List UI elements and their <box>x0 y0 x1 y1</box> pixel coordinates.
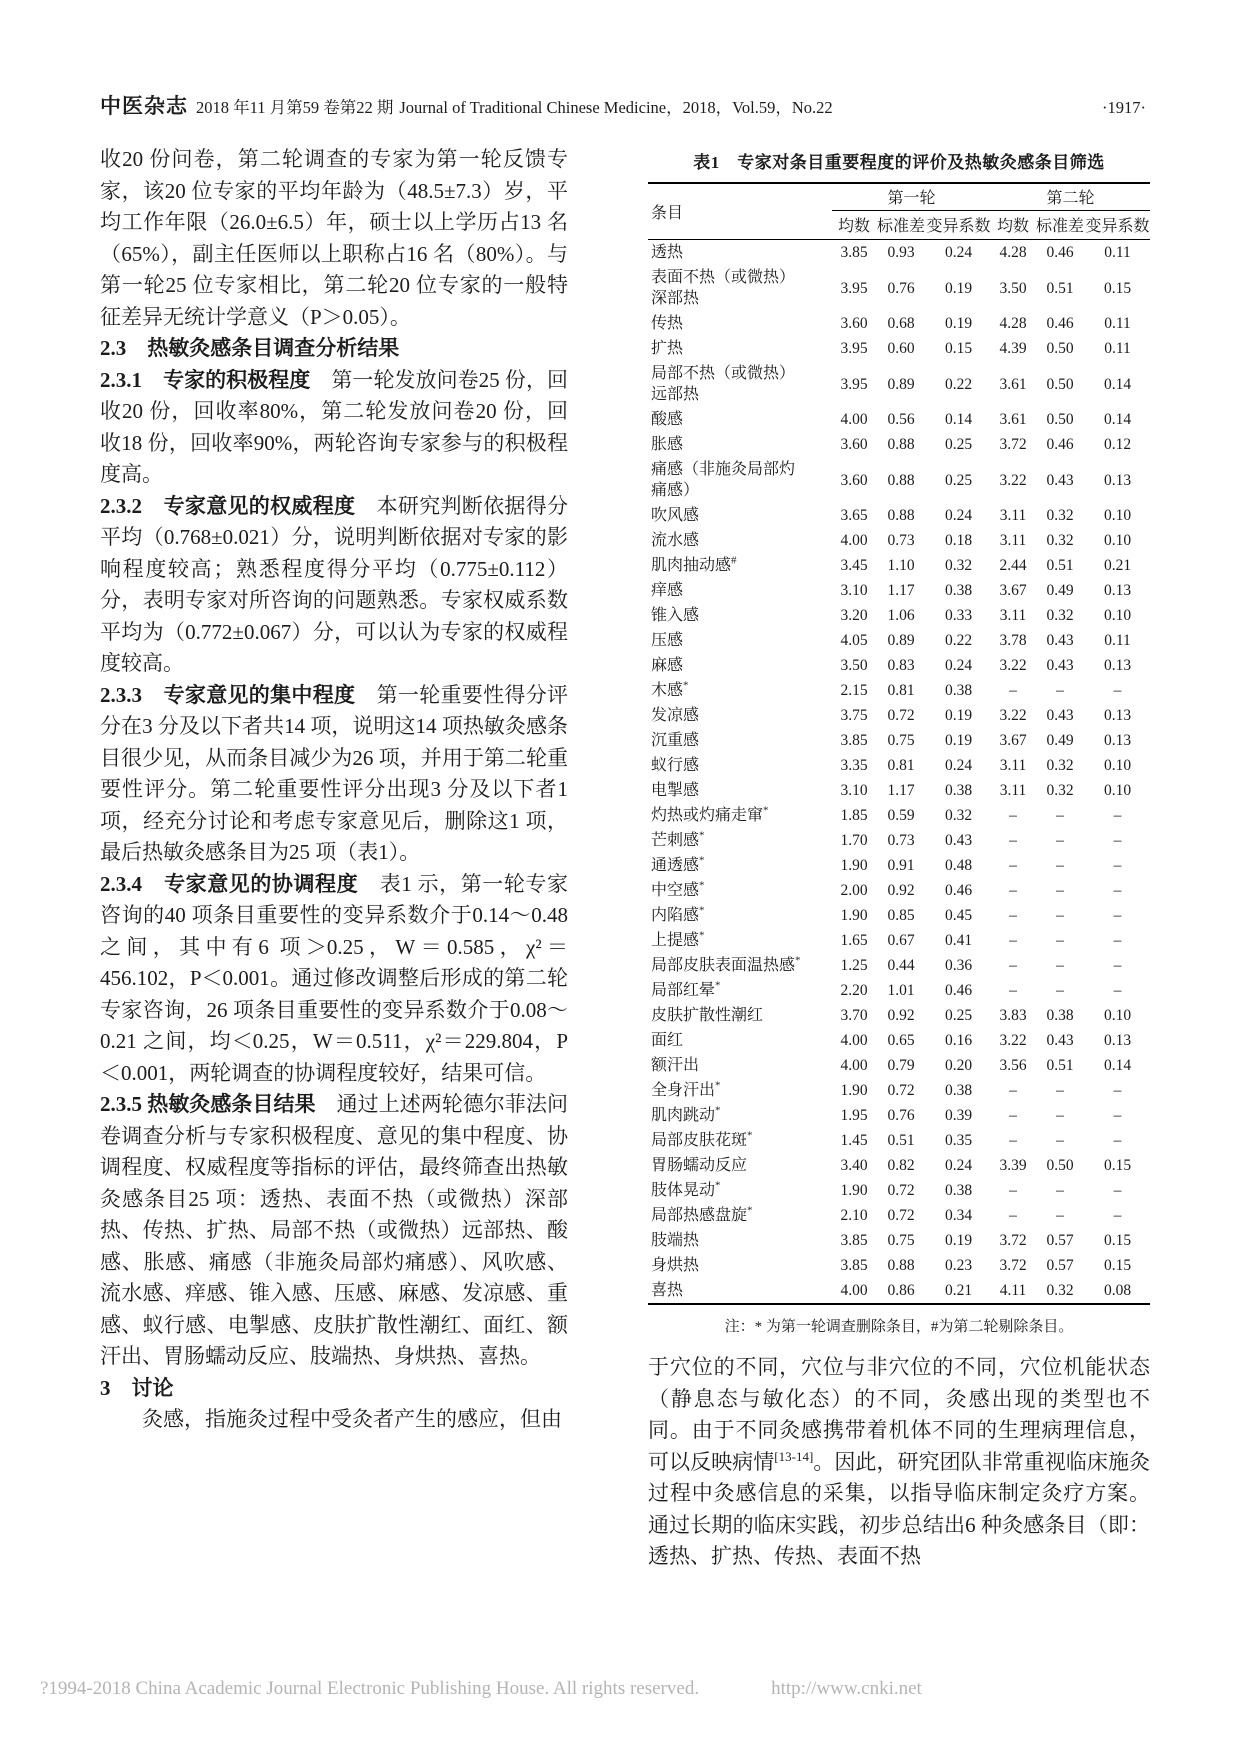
item-name-cell: 表面不热（或微热） 深部热 <box>648 265 832 311</box>
value-cell: – <box>991 1078 1035 1103</box>
value-cell: 0.13 <box>1085 703 1150 728</box>
value-cell: 3.10 <box>832 578 876 603</box>
value-cell: 3.22 <box>991 703 1035 728</box>
value-cell: – <box>991 903 1035 928</box>
value-cell: 0.65 <box>876 1028 926 1053</box>
value-cell: 0.51 <box>1035 553 1085 578</box>
value-cell: – <box>1085 828 1150 853</box>
value-cell: 4.00 <box>832 528 876 553</box>
value-cell: 0.38 <box>1035 1003 1085 1028</box>
item-name-cell: 胃肠蠕动反应 <box>648 1153 832 1178</box>
value-cell: 0.43 <box>1035 703 1085 728</box>
item-marker: * <box>699 930 705 942</box>
table-row: 肢端热3.850.750.193.720.570.15 <box>648 1228 1150 1253</box>
value-cell: 0.15 <box>1085 1153 1150 1178</box>
value-cell: 0.22 <box>926 361 991 407</box>
value-cell: 0.10 <box>1085 753 1150 778</box>
value-cell: 0.08 <box>1085 1278 1150 1304</box>
value-cell: 0.88 <box>876 503 926 528</box>
table-row: 局部红晕*2.201.010.46––– <box>648 978 1150 1003</box>
value-cell: 0.24 <box>926 1153 991 1178</box>
value-cell: 3.85 <box>832 240 876 266</box>
section-2-3-4-heading: 2.3.4 专家意见的协调程度 <box>100 872 358 896</box>
item-name-cell: 木感* <box>648 678 832 703</box>
value-cell: 0.38 <box>926 778 991 803</box>
value-cell: 0.85 <box>876 903 926 928</box>
table-row: 喜热4.000.860.214.110.320.08 <box>648 1278 1150 1304</box>
value-cell: 2.00 <box>832 878 876 903</box>
value-cell: 0.43 <box>1035 457 1085 503</box>
value-cell: 0.35 <box>926 1128 991 1153</box>
value-cell: 0.59 <box>876 803 926 828</box>
value-cell: 0.38 <box>926 1078 991 1103</box>
value-cell: 0.51 <box>1035 1053 1085 1078</box>
value-cell: 0.88 <box>876 432 926 457</box>
table-title: 表1 专家对条目重要程度的评价及热敏灸感条目筛选 <box>648 148 1150 173</box>
value-cell: 0.46 <box>926 878 991 903</box>
item-name-cell: 额汗出 <box>648 1053 832 1078</box>
table-row: 扩热3.950.600.154.390.500.11 <box>648 336 1150 361</box>
item-marker: * <box>699 855 705 867</box>
value-cell: 0.15 <box>926 336 991 361</box>
value-cell: 0.67 <box>876 928 926 953</box>
value-cell: 3.85 <box>832 1228 876 1253</box>
value-cell: 3.20 <box>832 603 876 628</box>
item-name-cell: 发凉感 <box>648 703 832 728</box>
value-cell: 0.45 <box>926 903 991 928</box>
item-name-cell: 透热 <box>648 240 832 266</box>
value-cell: – <box>1035 1078 1085 1103</box>
value-cell: 0.46 <box>926 978 991 1003</box>
discussion-paragraph: 灸感，指施灸过程中受灸者产生的感应，但由 <box>100 1404 568 1436</box>
value-cell: 0.46 <box>1035 432 1085 457</box>
value-cell: 1.90 <box>832 1078 876 1103</box>
value-cell: – <box>991 878 1035 903</box>
value-cell: 0.32 <box>1035 753 1085 778</box>
table-row: 吹风感3.650.880.243.110.320.10 <box>648 503 1150 528</box>
value-cell: 3.60 <box>832 432 876 457</box>
value-cell: – <box>1085 678 1150 703</box>
value-cell: 0.19 <box>926 311 991 336</box>
value-cell: 1.10 <box>876 553 926 578</box>
value-cell: – <box>1035 803 1085 828</box>
value-cell: – <box>991 1178 1035 1203</box>
section-2-3-3-paragraph: 2.3.3 专家意见的集中程度 第一轮重要性得分评分在3 分及以下者共14 项，… <box>100 680 568 869</box>
table-row: 表面不热（或微热） 深部热3.950.760.193.500.510.15 <box>648 265 1150 311</box>
value-cell: 2.44 <box>991 553 1035 578</box>
value-cell: – <box>1035 1203 1085 1228</box>
value-cell: 0.34 <box>926 1203 991 1228</box>
item-name-cell: 中空感* <box>648 878 832 903</box>
value-cell: – <box>1085 953 1150 978</box>
value-cell: 3.50 <box>991 265 1035 311</box>
item-name-cell: 沉重感 <box>648 728 832 753</box>
table-row: 痒感3.101.170.383.670.490.13 <box>648 578 1150 603</box>
value-cell: – <box>1085 878 1150 903</box>
table-row: 电掣感3.101.170.383.110.320.10 <box>648 778 1150 803</box>
value-cell: 1.17 <box>876 778 926 803</box>
footnote-ref: [13-14] <box>774 1449 813 1464</box>
value-cell: 4.28 <box>991 240 1035 266</box>
table-row: 透热3.850.930.244.280.460.11 <box>648 240 1150 266</box>
table-row: 芒刺感*1.700.730.43––– <box>648 828 1150 853</box>
section-2-3-5-text: 通过上述两轮德尔菲法问卷调查分析与专家积极程度、意见的集中程度、协调程度、权威程… <box>100 1092 568 1368</box>
value-cell: 4.11 <box>991 1278 1035 1304</box>
value-cell: 0.25 <box>926 457 991 503</box>
value-cell: – <box>1035 903 1085 928</box>
value-cell: – <box>1035 1178 1085 1203</box>
value-cell: 0.19 <box>926 728 991 753</box>
issue-info: 2018 年11 月第59 卷第22 期 <box>196 98 393 117</box>
table-row: 痛感（非施灸局部灼 痛感）3.600.880.253.220.430.13 <box>648 457 1150 503</box>
value-cell: 0.76 <box>876 1103 926 1128</box>
item-name-cell: 芒刺感* <box>648 828 832 853</box>
value-cell: 0.21 <box>1085 553 1150 578</box>
item-name-cell: 麻感 <box>648 653 832 678</box>
table-header: 条目 第一轮 第二轮 均数 标准差 变异系数 均数 标准差 变异系数 <box>648 183 1150 240</box>
value-cell: 0.15 <box>1085 1228 1150 1253</box>
value-cell: – <box>1085 803 1150 828</box>
value-cell: – <box>991 828 1035 853</box>
table-row: 流水感4.000.730.183.110.320.10 <box>648 528 1150 553</box>
item-marker: * <box>699 830 705 842</box>
value-cell: 4.00 <box>832 1278 876 1304</box>
value-cell: 0.89 <box>876 628 926 653</box>
value-cell: 0.72 <box>876 1078 926 1103</box>
value-cell: 0.72 <box>876 1203 926 1228</box>
value-cell: 0.75 <box>876 728 926 753</box>
table-row: 木感*2.150.810.38––– <box>648 678 1150 703</box>
value-cell: 0.24 <box>926 503 991 528</box>
item-name-cell: 局部皮肤表面温热感* <box>648 953 832 978</box>
value-cell: 1.90 <box>832 1178 876 1203</box>
item-name-cell: 肢端热 <box>648 1228 832 1253</box>
value-cell: 0.46 <box>1035 311 1085 336</box>
value-cell: – <box>1035 678 1085 703</box>
table-row: 肌肉抽动感#3.451.100.322.440.510.21 <box>648 553 1150 578</box>
table-row: 灼热或灼痛走窜*1.850.590.32––– <box>648 803 1150 828</box>
value-cell: 0.25 <box>926 1003 991 1028</box>
value-cell: 2.10 <box>832 1203 876 1228</box>
value-cell: 0.19 <box>926 265 991 311</box>
table-row: 内陷感*1.900.850.45––– <box>648 903 1150 928</box>
value-cell: 0.23 <box>926 1253 991 1278</box>
value-cell: 4.00 <box>832 1053 876 1078</box>
value-cell: 1.85 <box>832 803 876 828</box>
table-row: 发凉感3.750.720.193.220.430.13 <box>648 703 1150 728</box>
table-body: 透热3.850.930.244.280.460.11表面不热（或微热） 深部热3… <box>648 240 1150 1305</box>
value-cell: 3.11 <box>991 778 1035 803</box>
value-cell: 0.14 <box>1085 1053 1150 1078</box>
section-2-3-3-heading: 2.3.3 专家意见的集中程度 <box>100 683 355 707</box>
value-cell: 0.88 <box>876 457 926 503</box>
value-cell: 3.39 <box>991 1153 1035 1178</box>
value-cell: – <box>991 1203 1035 1228</box>
table-subheader-mean-1: 均数 <box>832 211 876 240</box>
value-cell: 0.43 <box>1035 653 1085 678</box>
value-cell: – <box>1085 978 1150 1003</box>
table-row: 沉重感3.850.750.193.670.490.13 <box>648 728 1150 753</box>
item-marker: * <box>795 955 801 967</box>
value-cell: 3.22 <box>991 457 1035 503</box>
value-cell: 0.15 <box>1085 265 1150 311</box>
value-cell: 1.70 <box>832 828 876 853</box>
value-cell: 0.32 <box>1035 1278 1085 1304</box>
value-cell: – <box>1035 1128 1085 1153</box>
section-2-3-4-text: 表1 示，第一轮专家咨询的40 项条目重要性的变异系数介于0.14～0.48 之… <box>100 872 568 1085</box>
value-cell: 0.13 <box>1085 653 1150 678</box>
left-column: 收20 份问卷，第二轮调查的专家为第一轮反馈专家，该20 位专家的平均年龄为（4… <box>100 144 568 1436</box>
value-cell: – <box>1085 1103 1150 1128</box>
value-cell: 3.75 <box>832 703 876 728</box>
value-cell: 1.95 <box>832 1103 876 1128</box>
value-cell: 4.00 <box>832 1028 876 1053</box>
value-cell: – <box>991 853 1035 878</box>
table-subheader-mean-2: 均数 <box>991 211 1035 240</box>
item-name-cell: 上提感* <box>648 928 832 953</box>
value-cell: 0.44 <box>876 953 926 978</box>
cnki-url: http://www.cnki.net <box>771 1678 922 1700</box>
value-cell: 3.67 <box>991 578 1035 603</box>
value-cell: – <box>1085 1203 1150 1228</box>
value-cell: – <box>1035 1103 1085 1128</box>
item-name-cell: 局部皮肤花斑* <box>648 1128 832 1153</box>
value-cell: – <box>1085 853 1150 878</box>
table-row: 上提感*1.650.670.41––– <box>648 928 1150 953</box>
value-cell: 3.11 <box>991 528 1035 553</box>
value-cell: 0.13 <box>1085 1028 1150 1053</box>
table-row: 压感4.050.890.223.780.430.11 <box>648 628 1150 653</box>
value-cell: 4.00 <box>832 407 876 432</box>
value-cell: 0.92 <box>876 878 926 903</box>
value-cell: 3.72 <box>991 1228 1035 1253</box>
value-cell: 1.45 <box>832 1128 876 1153</box>
table-row: 胀感3.600.880.253.720.460.12 <box>648 432 1150 457</box>
journal-title-en: Journal of Traditional Chinese Medicine，… <box>399 98 832 117</box>
item-name-cell: 内陷感* <box>648 903 832 928</box>
value-cell: 0.56 <box>876 407 926 432</box>
item-name-cell: 压感 <box>648 628 832 653</box>
value-cell: – <box>991 803 1035 828</box>
item-name-cell: 灼热或灼痛走窜* <box>648 803 832 828</box>
item-name-cell: 酸感 <box>648 407 832 432</box>
value-cell: 3.11 <box>991 503 1035 528</box>
value-cell: 0.24 <box>926 240 991 266</box>
table-row: 锥入感3.201.060.333.110.320.10 <box>648 603 1150 628</box>
value-cell: 3.67 <box>991 728 1035 753</box>
value-cell: 3.95 <box>832 265 876 311</box>
value-cell: – <box>991 953 1035 978</box>
section-2-3-2-paragraph: 2.3.2 专家意见的权威程度 本研究判断依据得分平均（0.768±0.021）… <box>100 491 568 680</box>
value-cell: 3.45 <box>832 553 876 578</box>
item-name-cell: 局部红晕* <box>648 978 832 1003</box>
table-row: 皮肤扩散性潮红3.700.920.253.830.380.10 <box>648 1003 1150 1028</box>
value-cell: 0.33 <box>926 603 991 628</box>
value-cell: 0.19 <box>926 1228 991 1253</box>
value-cell: 3.61 <box>991 361 1035 407</box>
section-2-3-2-text: 本研究判断依据得分平均（0.768±0.021）分，说明判断依据对专家的影响程度… <box>100 494 568 676</box>
section-2-3-5-paragraph: 2.3.5 热敏灸感条目结果 通过上述两轮德尔菲法问卷调查分析与专家积极程度、意… <box>100 1089 568 1373</box>
section-2-3-heading: 2.3 热敏灸感条目调查分析结果 <box>100 333 568 365</box>
item-marker: * <box>763 805 769 817</box>
journal-page: 中医杂志2018 年11 月第59 卷第22 期Journal of Tradi… <box>0 0 1240 1754</box>
value-cell: 0.24 <box>926 753 991 778</box>
value-cell: 0.25 <box>926 432 991 457</box>
page-footer: ?1994-2018 China Academic Journal Electr… <box>40 1678 1150 1700</box>
value-cell: 3.61 <box>991 407 1035 432</box>
value-cell: 0.39 <box>926 1103 991 1128</box>
table-row: 局部皮肤花斑*1.450.510.35––– <box>648 1128 1150 1153</box>
page-number: ·1917· <box>1102 98 1146 118</box>
item-name-cell: 传热 <box>648 311 832 336</box>
value-cell: 0.20 <box>926 1053 991 1078</box>
value-cell: 3.60 <box>832 457 876 503</box>
value-cell: 0.14 <box>1085 407 1150 432</box>
value-cell: 0.50 <box>1035 361 1085 407</box>
value-cell: 2.20 <box>832 978 876 1003</box>
value-cell: 0.16 <box>926 1028 991 1053</box>
value-cell: 3.11 <box>991 753 1035 778</box>
value-cell: – <box>1085 928 1150 953</box>
section-2-3-4-paragraph: 2.3.4 专家意见的协调程度 表1 示，第一轮专家咨询的40 项条目重要性的变… <box>100 869 568 1090</box>
journal-title-cn: 中医杂志 <box>100 94 188 118</box>
value-cell: 4.05 <box>832 628 876 653</box>
value-cell: 0.12 <box>1085 432 1150 457</box>
item-marker: * <box>747 1130 753 1142</box>
value-cell: 0.81 <box>876 753 926 778</box>
item-marker: * <box>747 1205 753 1217</box>
item-name-cell: 面红 <box>648 1028 832 1053</box>
value-cell: 0.18 <box>926 528 991 553</box>
value-cell: 0.76 <box>876 265 926 311</box>
value-cell: – <box>1035 928 1085 953</box>
table-header-round2: 第二轮 <box>991 183 1150 211</box>
value-cell: 0.41 <box>926 928 991 953</box>
item-name-cell: 电掣感 <box>648 778 832 803</box>
value-cell: 3.56 <box>991 1053 1035 1078</box>
value-cell: – <box>991 978 1035 1003</box>
value-cell: – <box>991 1128 1035 1153</box>
value-cell: 0.51 <box>876 1128 926 1153</box>
value-cell: 3.35 <box>832 753 876 778</box>
page-header: 中医杂志2018 年11 月第59 卷第22 期Journal of Tradi… <box>100 90 1146 120</box>
value-cell: 0.72 <box>876 703 926 728</box>
table-row: 传热3.600.680.194.280.460.11 <box>648 311 1150 336</box>
value-cell: – <box>991 1103 1035 1128</box>
value-cell: 0.11 <box>1085 311 1150 336</box>
value-cell: – <box>1035 853 1085 878</box>
value-cell: 3.50 <box>832 653 876 678</box>
value-cell: 0.13 <box>1085 578 1150 603</box>
value-cell: 0.24 <box>926 653 991 678</box>
value-cell: – <box>1085 903 1150 928</box>
value-cell: 0.60 <box>876 336 926 361</box>
section-2-3-5-heading: 2.3.5 热敏灸感条目结果 <box>100 1092 316 1116</box>
value-cell: 0.15 <box>1085 1253 1150 1278</box>
table-subheader-cv-1: 变异系数 <box>926 211 991 240</box>
value-cell: 0.32 <box>1035 603 1085 628</box>
body-paragraph-right: 于穴位的不同，穴位与非穴位的不同，穴位机能状态（静息态与敏化态）的不同，灸感出现… <box>648 1352 1150 1573</box>
value-cell: 0.38 <box>926 578 991 603</box>
table-row: 局部不热（或微热） 远部热3.950.890.223.610.500.14 <box>648 361 1150 407</box>
value-cell: 3.65 <box>832 503 876 528</box>
value-cell: – <box>991 928 1035 953</box>
item-marker: * <box>715 980 721 992</box>
value-cell: 0.72 <box>876 1178 926 1203</box>
value-cell: 0.81 <box>876 678 926 703</box>
item-marker: * <box>699 905 705 917</box>
item-name-cell: 蚁行感 <box>648 753 832 778</box>
value-cell: 0.38 <box>926 1178 991 1203</box>
value-cell: 0.73 <box>876 528 926 553</box>
table-row: 身烘热3.850.880.233.720.570.15 <box>648 1253 1150 1278</box>
item-name-cell: 全身汗出* <box>648 1078 832 1103</box>
value-cell: 1.90 <box>832 903 876 928</box>
value-cell: 0.83 <box>876 653 926 678</box>
item-marker: * <box>715 1105 721 1117</box>
section-2-3-3-text: 第一轮重要性得分评分在3 分及以下者共14 项，说明这14 项热敏灸感条目很少见… <box>100 683 568 865</box>
value-cell: 0.32 <box>1035 503 1085 528</box>
value-cell: 0.49 <box>1035 728 1085 753</box>
value-cell: 0.10 <box>1085 528 1150 553</box>
item-marker: * <box>715 1080 721 1092</box>
value-cell: 0.43 <box>926 828 991 853</box>
table-subheader-sd-1: 标准差 <box>876 211 926 240</box>
table-row: 酸感4.000.560.143.610.500.14 <box>648 407 1150 432</box>
value-cell: 0.11 <box>1085 336 1150 361</box>
value-cell: 0.11 <box>1085 628 1150 653</box>
item-name-cell: 锥入感 <box>648 603 832 628</box>
item-marker: * <box>699 880 705 892</box>
value-cell: 1.17 <box>876 578 926 603</box>
table-subheader-cv-2: 变异系数 <box>1085 211 1150 240</box>
value-cell: 3.95 <box>832 361 876 407</box>
item-name-cell: 肌肉抽动感# <box>648 553 832 578</box>
value-cell: 0.32 <box>1035 778 1085 803</box>
copyright-text: ?1994-2018 China Academic Journal Electr… <box>40 1678 699 1700</box>
value-cell: 0.13 <box>1085 728 1150 753</box>
value-cell: – <box>1085 1128 1150 1153</box>
value-cell: 3.95 <box>832 336 876 361</box>
item-marker: * <box>683 680 689 692</box>
value-cell: 0.10 <box>1085 503 1150 528</box>
item-marker: * <box>715 1180 721 1192</box>
value-cell: 3.22 <box>991 1028 1035 1053</box>
table-row: 肌肉跳动*1.950.760.39––– <box>648 1103 1150 1128</box>
section-3-heading: 3 讨论 <box>100 1373 568 1405</box>
value-cell: 1.25 <box>832 953 876 978</box>
value-cell: 0.57 <box>1035 1228 1085 1253</box>
value-cell: 1.65 <box>832 928 876 953</box>
value-cell: 3.72 <box>991 432 1035 457</box>
value-cell: 0.75 <box>876 1228 926 1253</box>
value-cell: 0.93 <box>876 240 926 266</box>
value-cell: 0.22 <box>926 628 991 653</box>
value-cell: – <box>1035 978 1085 1003</box>
value-cell: 0.50 <box>1035 407 1085 432</box>
value-cell: 0.88 <box>876 1253 926 1278</box>
value-cell: 0.13 <box>1085 457 1150 503</box>
table-row: 额汗出4.000.790.203.560.510.14 <box>648 1053 1150 1078</box>
value-cell: 0.14 <box>926 407 991 432</box>
value-cell: 0.68 <box>876 311 926 336</box>
value-cell: 3.78 <box>991 628 1035 653</box>
value-cell: 0.10 <box>1085 1003 1150 1028</box>
value-cell: 3.70 <box>832 1003 876 1028</box>
value-cell: 2.15 <box>832 678 876 703</box>
value-cell: 0.32 <box>926 803 991 828</box>
value-cell: 3.72 <box>991 1253 1035 1278</box>
